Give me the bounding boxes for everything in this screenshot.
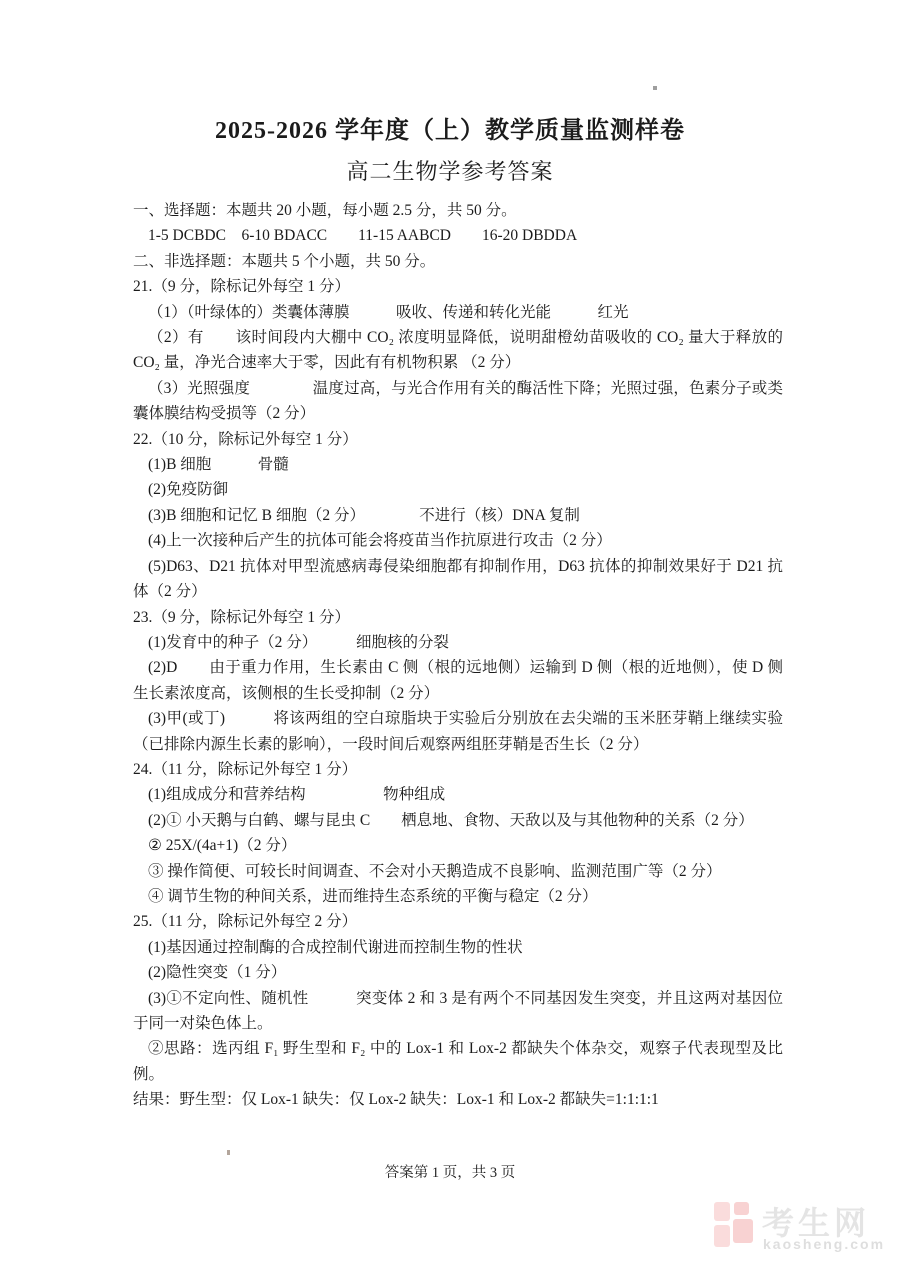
q21-ans-2: （2）有 该时间段内大棚中 CO₂ 浓度明显降低，说明甜橙幼苗吸收的 CO₂ 量… (133, 325, 783, 376)
q24-header: 24.（11 分，除标记外每空 1 分） (133, 757, 783, 782)
section-1-header: 一、选择题：本题共 20 小题，每小题 2.5 分，共 50 分。 (133, 198, 783, 223)
q21-header: 21.（9 分，除标记外每空 1 分） (133, 274, 783, 299)
q23-header: 23.（9 分，除标记外每空 1 分） (133, 605, 783, 630)
q22-ans-2: (2)免疫防御 (133, 477, 783, 502)
q21-ans-3: （3）光照强度 温度过高，与光合作用有关的酶活性下降；光照过强，色素分子或类囊体… (133, 376, 783, 427)
q21-ans-1: （1）（叶绿体的）类囊体薄膜 吸收、传递和转化光能 红光 (133, 300, 783, 325)
q22-ans-4: (4)上一次接种后产生的抗体可能会将疫苗当作抗原进行攻击（2 分） (133, 528, 783, 553)
q25-ans-2: (2)隐性突变（1 分） (133, 960, 783, 985)
section-2-header: 二、非选择题：本题共 5 个小题，共 50 分。 (133, 249, 783, 274)
watermark-site-domain: kaosheng.com (763, 1236, 885, 1252)
q24-ans-1: (1)组成成分和营养结构 物种组成 (133, 782, 783, 807)
answer-body: 一、选择题：本题共 20 小题，每小题 2.5 分，共 50 分。 1-5 DC… (133, 198, 783, 1113)
q25-ans-3-1: (3)①不定向性、随机性 突变体 2 和 3 是有两个不同基因发生突变，并且这两… (133, 986, 783, 1037)
q22-ans-5: (5)D63、D21 抗体对甲型流感病毒侵染细胞都有抑制作用，D63 抗体的抑制… (133, 554, 783, 605)
q22-ans-3: (3)B 细胞和记忆 B 细胞（2 分） 不进行（核）DNA 复制 (133, 503, 783, 528)
answer-sheet-page: 2025-2026 学年度（上）教学质量监测样卷 高二生物学参考答案 一、选择题… (0, 0, 900, 1273)
q25-ans-3-2: ②思路：选丙组 F₁ 野生型和 F₂ 中的 Lox-1 和 Lox-2 都缺失个… (133, 1036, 783, 1087)
q24-ans-2-2: ② 25X/(4a+1)（2 分） (133, 833, 783, 858)
kaosheng-watermark: 考生网 kaosheng.com (714, 1200, 884, 1260)
q22-header: 22.（10 分，除标记外每空 1 分） (133, 427, 783, 452)
q25-header: 25.（11 分，除标记外每空 2 分） (133, 909, 783, 934)
stray-mark-top (653, 86, 657, 90)
q23-ans-1: (1)发育中的种子（2 分） 细胞核的分裂 (133, 630, 783, 655)
page-number-footer: 答案第 1 页，共 3 页 (0, 1161, 900, 1182)
kaosheng-logo-icon (714, 1202, 756, 1252)
mcq-answers: 1-5 DCBDC 6-10 BDACC 11-15 AABCD 16-20 D… (133, 223, 783, 248)
q24-ans-2-3: ③ 操作简便、可较长时间调查、不会对小天鹅造成不良影响、监测范围广等（2 分） (133, 859, 783, 884)
page-subtitle: 高二生物学参考答案 (0, 155, 900, 186)
q25-ans-1: (1)基因通过控制酶的合成控制代谢进而控制生物的性状 (133, 935, 783, 960)
page-title: 2025-2026 学年度（上）教学质量监测样卷 (0, 110, 900, 145)
q25-result: 结果：野生型：仅 Lox-1 缺失：仅 Lox-2 缺失：Lox-1 和 Lox… (133, 1087, 783, 1112)
q24-ans-2-4: ④ 调节生物的种间关系，进而维持生态系统的平衡与稳定（2 分） (133, 884, 783, 909)
stray-mark-bottom (227, 1150, 230, 1155)
q22-ans-1: (1)B 细胞 骨髓 (133, 452, 783, 477)
q23-ans-3: (3)甲(或丁) 将该两组的空白琼脂块于实验后分别放在去尖端的玉米胚芽鞘上继续实… (133, 706, 783, 757)
q23-ans-2: (2)D 由于重力作用，生长素由 C 侧（根的远地侧）运输到 D 侧（根的近地侧… (133, 655, 783, 706)
q24-ans-2-1: (2)① 小天鹅与白鹤、螺与昆虫 C 栖息地、食物、天敌以及与其他物种的关系（2… (133, 808, 783, 833)
